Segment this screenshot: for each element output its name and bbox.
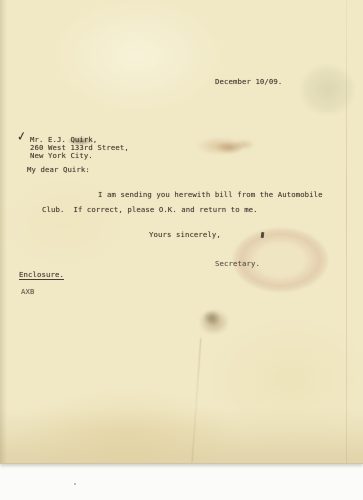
recipient-city: New York City.	[30, 152, 93, 160]
body-line-1: I am sending you herewith bill from the …	[98, 191, 323, 199]
letter-paper: December 10/09. ✓ Mr. E.J. Quirk, 260 We…	[0, 0, 363, 464]
date-line: December 10/09.	[215, 78, 282, 86]
typist-initials: AXB	[21, 288, 34, 296]
scanned-letter: December 10/09. ✓ Mr. E.J. Quirk, 260 We…	[0, 0, 363, 500]
body-line-2: Club. If correct, please O.K. and return…	[42, 206, 258, 214]
ink-mark	[261, 232, 264, 238]
stain-dark-bottom	[190, 300, 238, 344]
salutation: My dear Quirk:	[27, 166, 90, 174]
stain-center	[188, 131, 260, 161]
paper-right-edge	[346, 0, 347, 463]
enclosure-note: Enclosure.	[19, 271, 64, 279]
signature-title: Secretary.	[215, 260, 260, 268]
closing: Yours sincerely,	[149, 231, 221, 239]
handwritten-checkmark: ✓	[16, 129, 27, 145]
dust-speck	[74, 483, 76, 485]
crease-line	[192, 338, 202, 462]
